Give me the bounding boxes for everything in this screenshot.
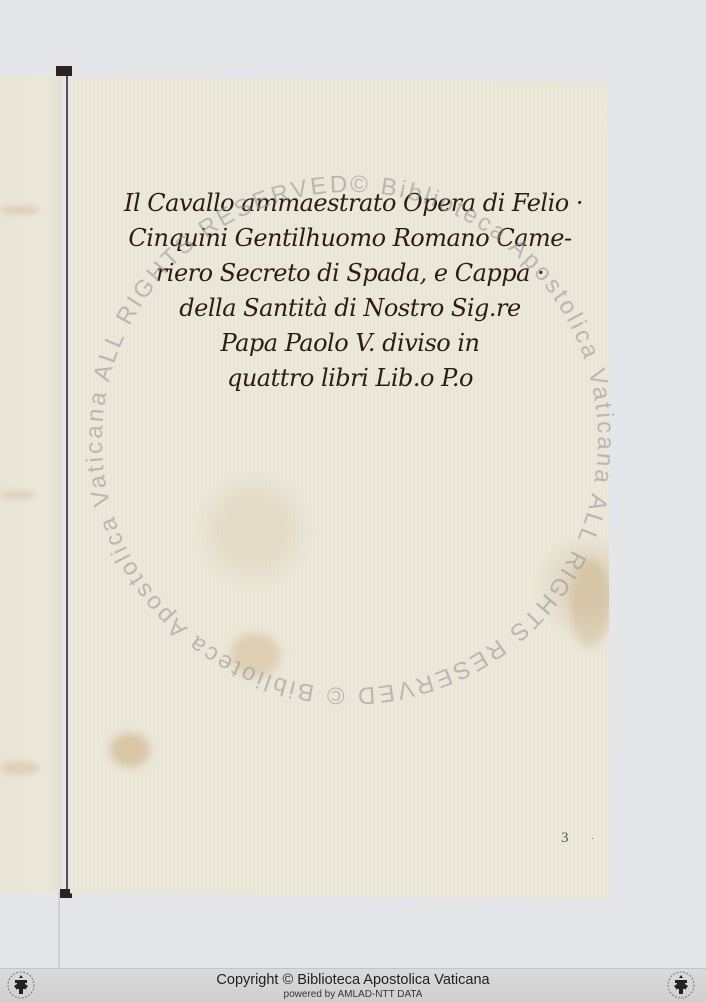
- copyright-text: Copyright © Biblioteca Apostolica Vatica…: [0, 972, 706, 988]
- previous-page-edge: [0, 76, 62, 892]
- manuscript-line: Cinquini Gentilhuomo Romano Came-: [120, 221, 580, 256]
- folio-mark: ·: [591, 833, 594, 843]
- spine-gutter: [66, 76, 68, 892]
- manuscript-line: Il Cavallo ammaestrato Opera di Felio ·: [120, 186, 580, 221]
- manuscript-title-text: Il Cavallo ammaestrato Opera di Felio · …: [120, 186, 580, 396]
- mount-clip-top: [56, 66, 72, 76]
- vatican-library-seal-icon: [4, 970, 38, 1000]
- vatican-library-seal-icon: [664, 970, 698, 1000]
- powered-by-text: powered by AMLAD-NTT DATA: [0, 989, 706, 1000]
- manuscript-line: riero Secreto di Spada, e Cappa ·: [120, 256, 580, 291]
- manuscript-line: Papa Paolo V. diviso in: [120, 326, 580, 361]
- footer-bar: Copyright © Biblioteca Apostolica Vatica…: [0, 968, 706, 1002]
- image-viewer[interactable]: Il Cavallo ammaestrato Opera di Felio · …: [0, 0, 706, 968]
- mount-line: [58, 892, 60, 968]
- manuscript-line: della Santità di Nostro Sig.re: [120, 291, 580, 326]
- manuscript-line: quattro libri Lib.o P.o: [120, 361, 580, 396]
- folio-number: 3: [561, 830, 569, 847]
